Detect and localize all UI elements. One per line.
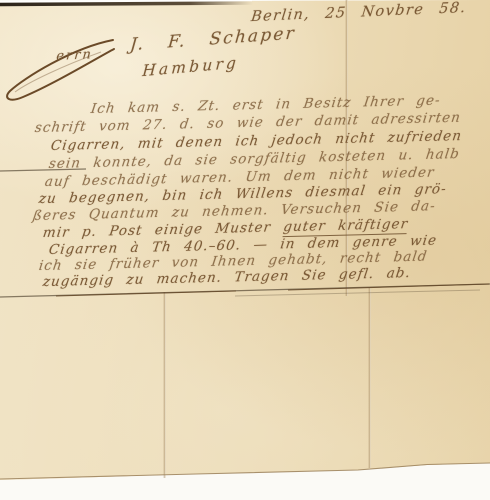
letter-scan: Berlin, 25 Novbre 58. errn J. F. Schaper… xyxy=(0,0,490,500)
paper-top-highlight xyxy=(0,1,252,2)
salutation-text: errn xyxy=(56,47,94,64)
